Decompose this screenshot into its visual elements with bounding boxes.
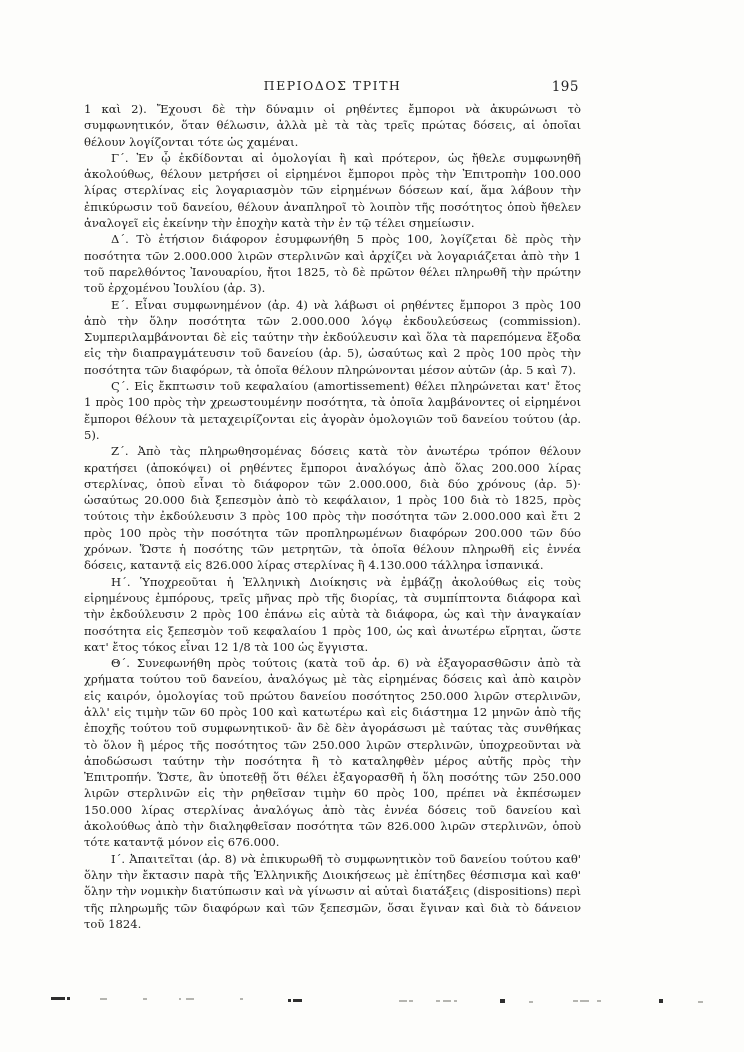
page-number: 195 — [552, 79, 579, 95]
scan-speck — [100, 998, 107, 1000]
scan-speck — [51, 997, 65, 1000]
scan-speck — [143, 998, 147, 1000]
running-header: ΠΕΡΙΟΔΟΣ ΤΡΙΤΗ 195 — [84, 78, 581, 96]
paragraph-stigma: Ϛ΄. Εἰς ἔκπτωσιν τοῦ κεφαλαίου (amortiss… — [84, 378, 581, 443]
paragraph-theta: Θ΄. Συνεφωνήθη πρὸς τούτοις (κατὰ τοῦ ἀρ… — [84, 655, 581, 851]
paragraph-zeta: Ζ΄. Ἀπὸ τὰς πληρωθησομένας δόσεις κατὰ τ… — [84, 443, 581, 573]
scan-speck — [293, 999, 302, 1002]
scan-speck — [659, 999, 663, 1003]
scan-speck — [580, 1000, 589, 1002]
paragraph-gamma: Γ΄. Ἐν ᾧ ἐκδίδονται αἱ ὁμολογίαι ἢ καὶ π… — [84, 150, 581, 231]
page-title: ΠΕΡΙΟΔΟΣ ΤΡΙΤΗ — [84, 78, 581, 93]
body-text-block: 1 καὶ 2). Ἔχουσι δὲ τὴν δύναμιν οἱ ρηθέν… — [84, 101, 581, 932]
scan-speck — [443, 1000, 451, 1002]
scan-speck — [179, 998, 181, 1000]
scan-speck — [436, 1000, 440, 1002]
scan-speck — [597, 1000, 601, 1002]
scan-speck — [186, 998, 194, 1000]
scan-speck — [409, 1000, 413, 1002]
scan-speck — [240, 998, 243, 1000]
paragraph-delta: Δ΄. Τὸ ἐτήσιον διάφορον ἐσυμφωνήθη 5 πρὸ… — [84, 231, 581, 296]
paragraph-eta: Η΄. Ὑποχρεοῦται ἡ Ἑλληνικὴ Διοίκησις νὰ … — [84, 574, 581, 655]
scan-speck — [67, 997, 70, 1000]
scan-speck — [454, 1000, 457, 1002]
paragraph-epsilon: Ε΄. Εἶναι συμφωνημένον (ἀρ. 4) νὰ λάβωσι… — [84, 297, 581, 378]
scan-speck — [529, 1001, 533, 1003]
scan-speck — [698, 1001, 703, 1003]
paragraph-continuation: 1 καὶ 2). Ἔχουσι δὲ τὴν δύναμιν οἱ ρηθέν… — [84, 101, 581, 150]
scan-speck — [500, 999, 505, 1003]
scan-speck — [573, 1000, 578, 1002]
scanned-book-page: ΠΕΡΙΟΔΟΣ ΤΡΙΤΗ 195 1 καὶ 2). Ἔχουσι δὲ τ… — [0, 0, 744, 1052]
paragraph-iota: Ι΄. Ἀπαιτεῖται (ἀρ. 8) νὰ ἐπικυρωθῆ τὸ σ… — [84, 851, 581, 932]
scan-speck — [288, 999, 291, 1002]
scan-speck — [399, 1000, 407, 1002]
